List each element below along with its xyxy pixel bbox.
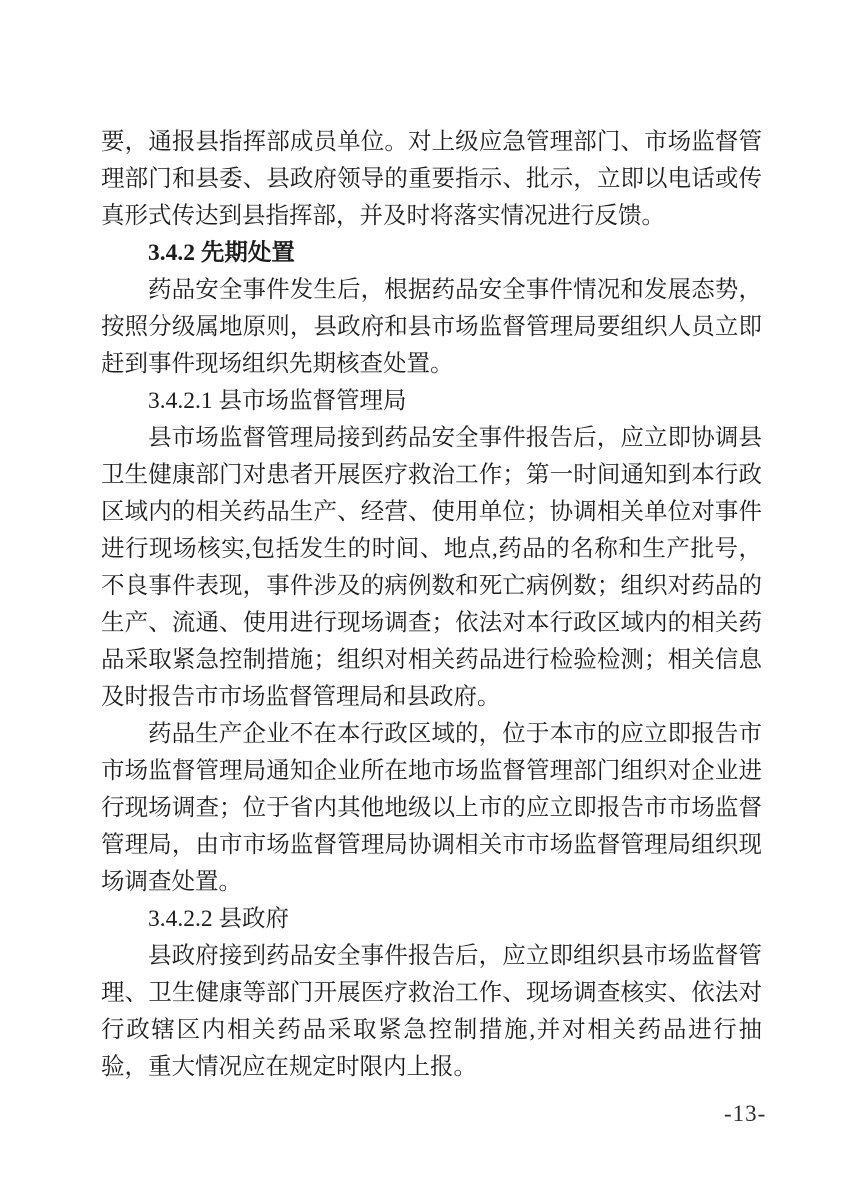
document-body: 要，通报县指挥部成员单位。对上级应急管理部门、市场监督管理部门和县委、县政府领导… bbox=[101, 124, 762, 1086]
paragraph-out-of-area-manufacturers: 药品生产企业不在本行政区域的，位于本市的应立即报告市市场监督管理局通知企业所在地… bbox=[101, 716, 762, 901]
paragraph-initial-response: 药品安全事件发生后，根据药品安全事件情况和发展态势，按照分级属地原则，县政府和县… bbox=[101, 272, 762, 383]
document-page: { "document": { "paragraphs": [ { "role"… bbox=[0, 0, 850, 1200]
paragraph-continuation: 要，通报县指挥部成员单位。对上级应急管理部门、市场监督管理部门和县委、县政府领导… bbox=[101, 124, 762, 235]
section-heading-3-4-2: 3.4.2 先期处置 bbox=[101, 235, 762, 272]
subsection-heading-3-4-2-2: 3.4.2.2 县政府 bbox=[101, 901, 762, 938]
subsection-heading-3-4-2-1: 3.4.2.1 县市场监督管理局 bbox=[101, 383, 762, 420]
paragraph-market-bureau-duties: 县市场监督管理局接到药品安全事件报告后，应立即协调县卫生健康部门对患者开展医疗救… bbox=[101, 420, 762, 716]
paragraph-county-government-duties: 县政府接到药品安全事件报告后，应立即组织县市场监督管理、卫生健康等部门开展医疗救… bbox=[101, 938, 762, 1086]
page-number: -13- bbox=[724, 1101, 766, 1127]
